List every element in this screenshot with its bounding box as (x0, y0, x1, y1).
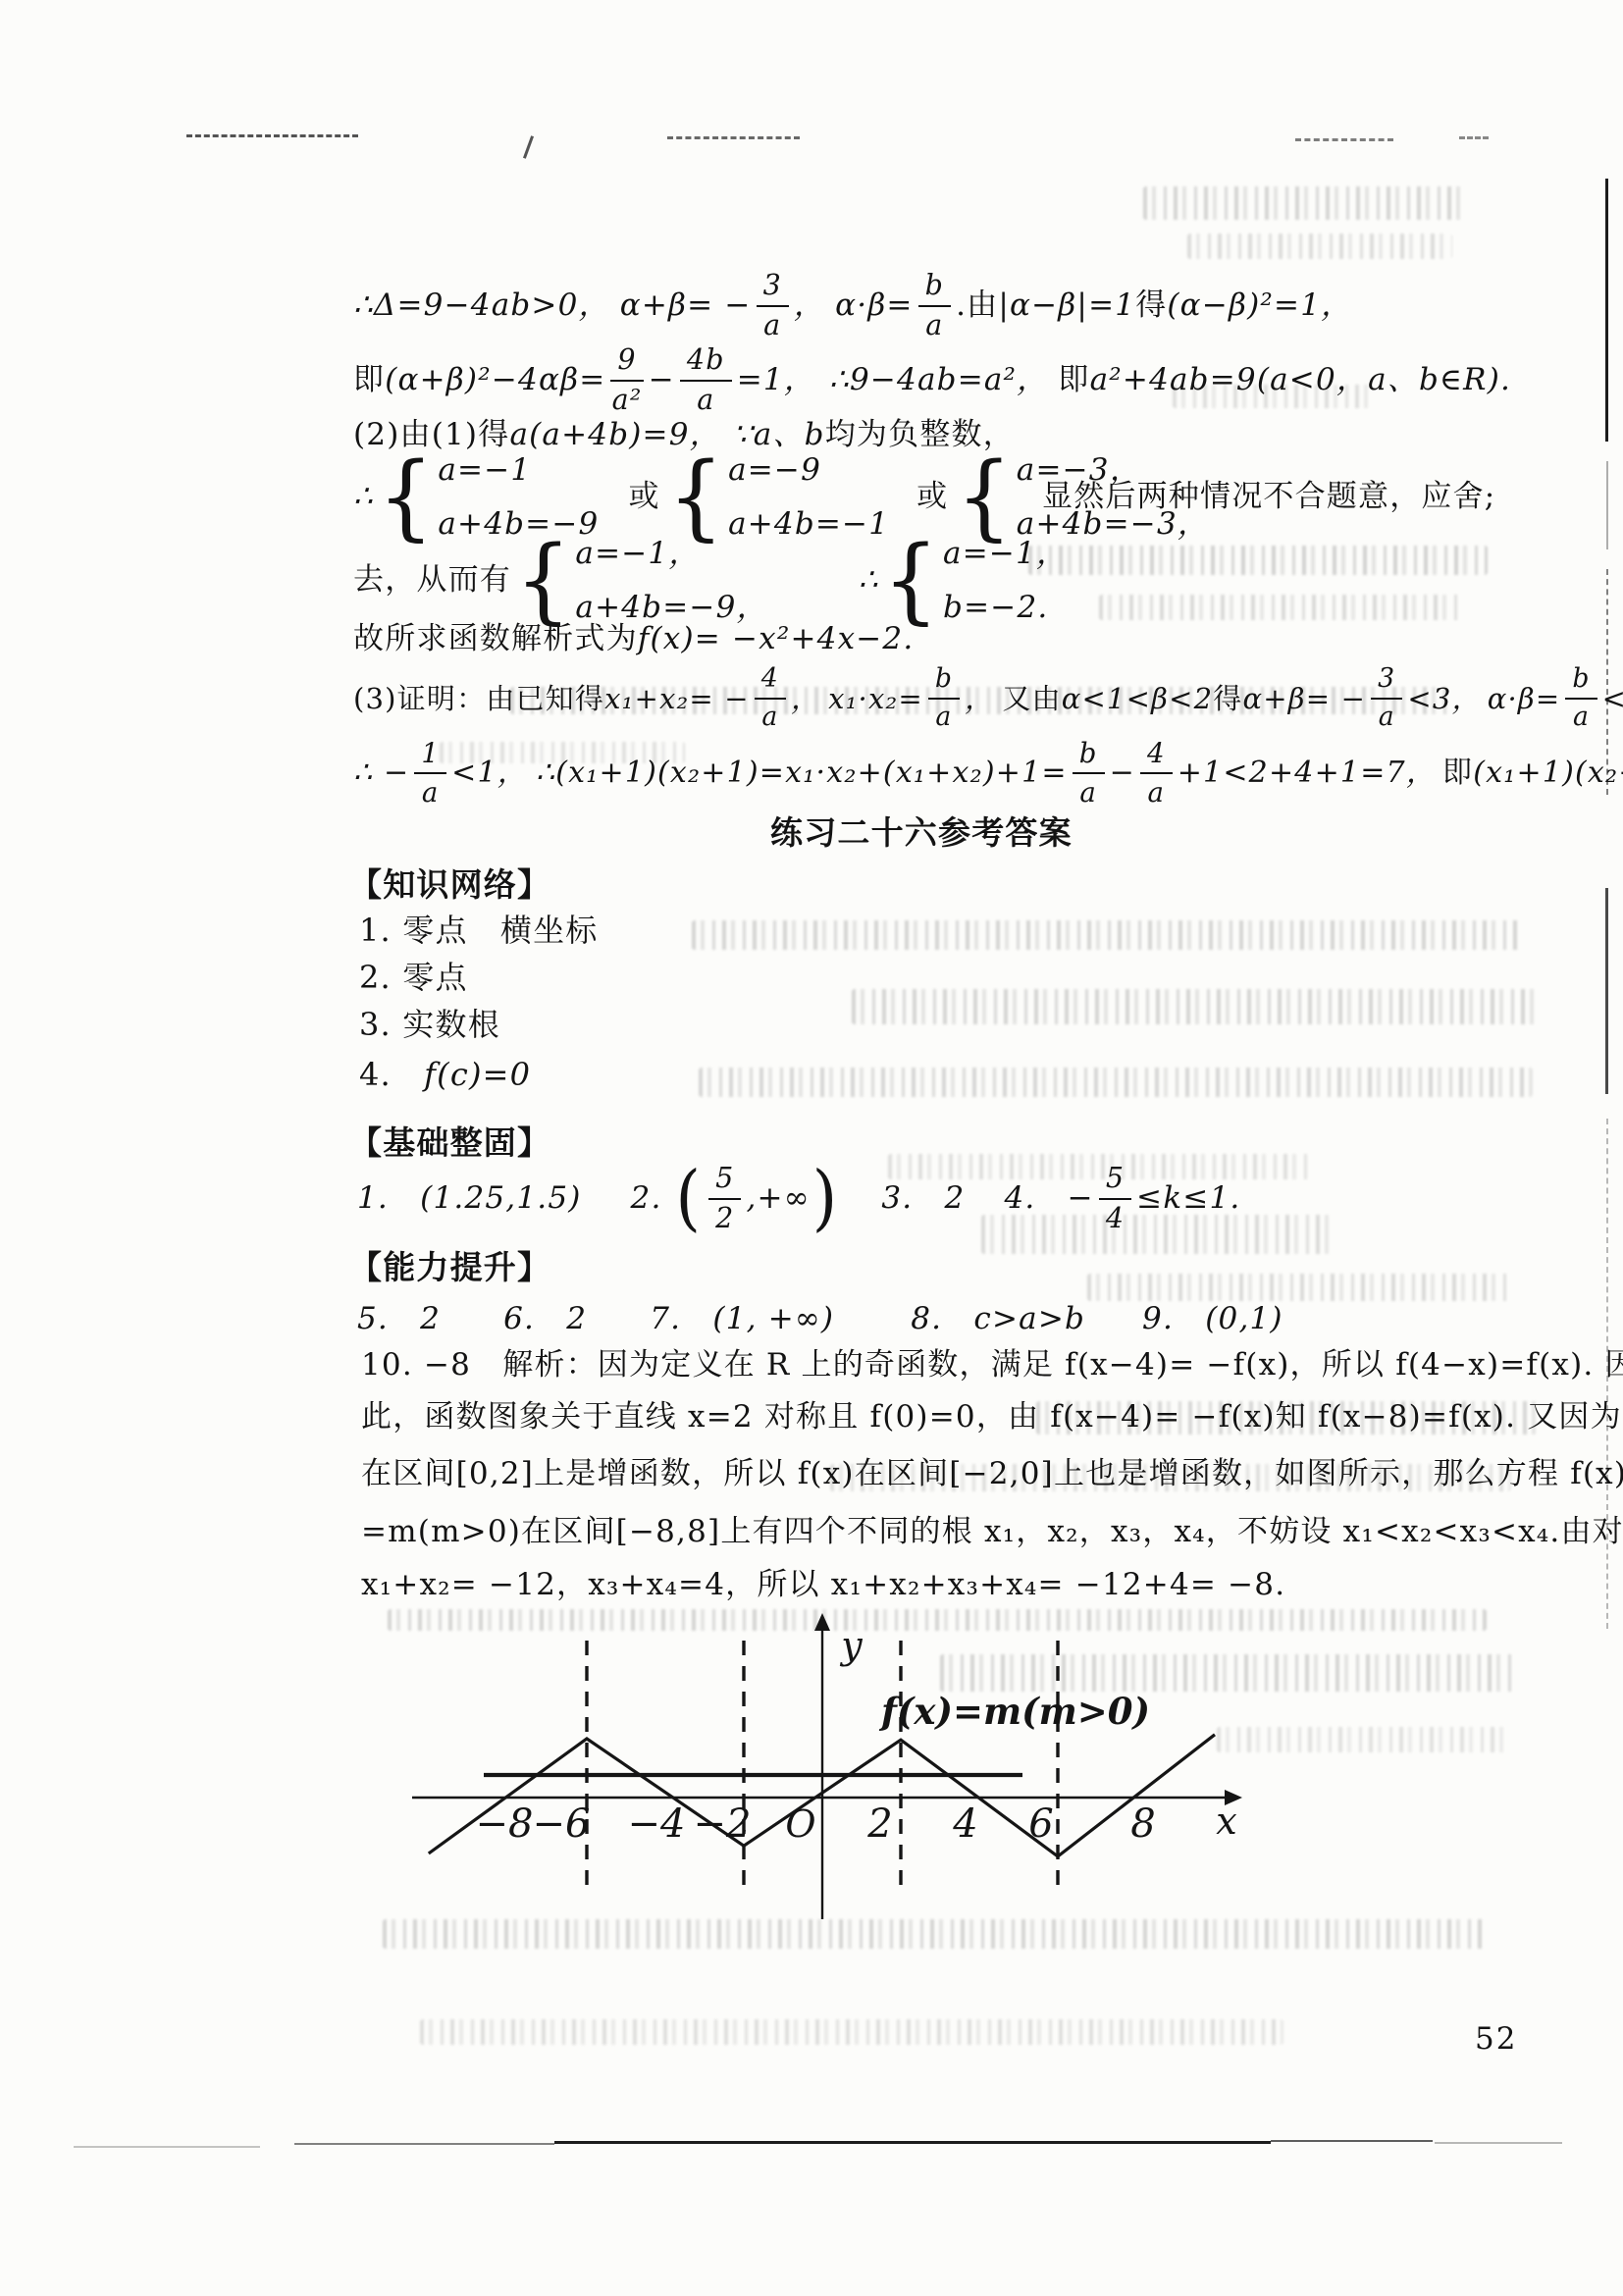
solution-line-6: 故所求函数解析式为 f(x)= −x²+4x−2. (353, 620, 914, 659)
scan-bottom-line (1271, 2140, 1433, 2142)
bleed-through-noise (420, 2019, 1283, 2045)
bleed-through-noise (1087, 1274, 1509, 1301)
bleed-through-noise (852, 989, 1539, 1024)
answer-10-line-3: 在区间[0,2]上是增函数，所以 f(x)在区间[−2,0]上也是增函数，如图所… (361, 1455, 1623, 1494)
scan-bottom-line (1435, 2142, 1562, 2144)
scan-bottom-line (554, 2141, 1271, 2144)
knowledge-item-2: 2. 零点 (359, 958, 468, 997)
page-number: 52 (1475, 2021, 1517, 2057)
scan-edge-line (1605, 179, 1608, 442)
bleed-through-noise (1099, 595, 1464, 620)
scan-bottom-line (294, 2143, 554, 2145)
tick-label-−8: −8 (476, 1801, 534, 1847)
tick-label-2: 2 (866, 1801, 892, 1847)
scan-artifact-dash (186, 134, 358, 137)
knowledge-item-4: 4. f(c)=0 (359, 1050, 531, 1099)
scan-edge-line (1605, 888, 1608, 1094)
consolidation-answers: 1. (1.25,1.5)2.(52,+∞)3. 24. −54≤k≤1. (357, 1150, 1240, 1248)
x-axis-label: x (1216, 1800, 1236, 1843)
knowledge-item-3: 3. 实数根 (359, 1005, 500, 1044)
scan-bottom-line (74, 2146, 260, 2148)
answer-10-line-4: =m(m>0)在区间[−8,8]上有四个不同的根 x₁，x₂，x₃，x₄，不妨设… (361, 1513, 1623, 1552)
scan-edge-line (1606, 461, 1608, 549)
answer-10-line-2: 此，函数图象关于直线 x=2 对称且 f(0)=0，由 f(x−4)= −f(x… (361, 1398, 1623, 1437)
origin-label: O (785, 1802, 815, 1846)
y-axis-label: y (839, 1624, 863, 1667)
scanned-page: ∴Δ=9−4ab>0，α+β= −3a，α·β=ba.由|α−β|=1 得(α−… (0, 0, 1623, 2296)
bleed-through-noise (699, 1068, 1533, 1097)
function-graph: −8−6−4−2O2468xyf(x)=m(m>0) (373, 1614, 1276, 1943)
tick-label-6: 6 (1028, 1801, 1053, 1847)
bleed-through-noise (692, 920, 1522, 950)
solution-line-8: ∴ −1a<1，∴(x₁+1)(x₂+1)=x₁·x₂+(x₁+x₂)+1=ba… (353, 729, 1623, 817)
ability-answers: 5. 26. 27. (1, +∞)8. c>a>b9. (0,1) (357, 1300, 1283, 1339)
solution-line-2: 即(α+β)²−4αβ=9a²−4ba=1，∴9−4ab=a²，即 a²+4ab… (353, 337, 1511, 425)
scan-artifact-dash (1295, 138, 1393, 141)
function-label: f(x)=m(m>0) (878, 1690, 1150, 1733)
section-header: 练习二十六参考答案 (770, 811, 1073, 855)
tick-label-−2: −2 (694, 1801, 752, 1847)
tick-label-8: 8 (1130, 1801, 1155, 1847)
answer-10-line-1: 10. −8 解析：因为定义在 R 上的奇函数，满足 f(x−4)= −f(x)… (361, 1346, 1623, 1385)
bleed-through-noise (1143, 186, 1467, 220)
y-axis-arrow (814, 1613, 830, 1631)
solution-line-5: 去，从而有{a=−1，a+4b=−9，∴{a=−1，b=−2. (353, 527, 1072, 635)
solution-line-4-note: 显然后两种情况不合题意，应舍; (1042, 478, 1495, 517)
ability-header: 【能力提升】 (349, 1246, 550, 1289)
knowledge-item-1: 1. 零点 横坐标 (359, 911, 599, 950)
tick-label-−6: −6 (533, 1801, 591, 1847)
scan-artifact-dash (1459, 136, 1489, 139)
answer-10-line-5: x₁+x₂= −12，x₃+x₄=4，所以 x₁+x₂+x₃+x₄= −12+4… (361, 1566, 1285, 1605)
bleed-through-noise (1187, 234, 1452, 259)
scan-artifact-slash (523, 135, 534, 159)
scan-artifact-dash (667, 136, 800, 139)
tick-label-4: 4 (952, 1801, 977, 1847)
knowledge-header: 【知识网络】 (349, 863, 550, 907)
tick-label-−4: −4 (628, 1801, 686, 1847)
